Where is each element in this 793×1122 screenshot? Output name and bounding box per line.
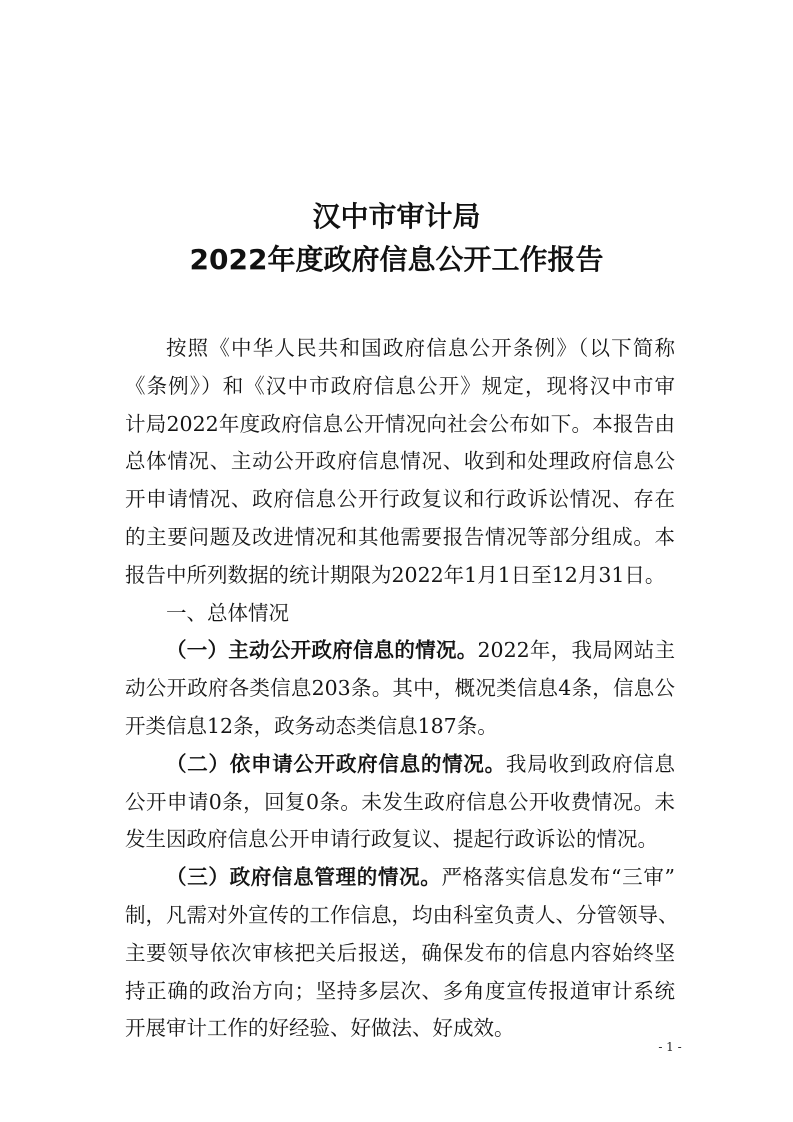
section-heading: 一、总体情况	[125, 595, 675, 633]
subsection3-line: 持正确的政治方向；坚持多层次、多角度宣传报道审计系统	[125, 973, 675, 1011]
document-page: 汉中市审计局 2022年度政府信息公开工作报告 按照《中华人民共和国政府信息公开…	[0, 0, 793, 1122]
subsection3-line: 主要领导依次审核把关后报送，确保发布的信息内容始终坚	[125, 935, 675, 973]
intro-line: 按照《中华人民共和国政府信息公开条例》（以下简称	[125, 330, 675, 368]
subsection2-line: 公开申请0条，回复0条。未发生政府信息公开收费情况。未	[125, 784, 675, 822]
subsection1-text: 2022年，我局网站主	[477, 638, 675, 662]
subsection1-heading: （一）主动公开政府信息的情况。	[166, 638, 477, 662]
subsection3-line: 制，凡需对外宣传的工作信息，均由科室负责人、分管领导、	[125, 897, 675, 935]
subsection2-text: 我局收到政府信息	[506, 752, 675, 776]
subsection1-first-line: （一）主动公开政府信息的情况。2022年，我局网站主	[125, 632, 675, 670]
document-body: 按照《中华人民共和国政府信息公开条例》（以下简称 《条例》）和《汉中市政府信息公…	[125, 330, 675, 1048]
subsection3-first-line: （三）政府信息管理的情况。严格落实信息发布“三审”	[125, 859, 675, 897]
subsection3-text: 严格落实信息发布“三审”	[441, 865, 675, 889]
subsection2-line: 发生因政府信息公开申请行政复议、提起行政诉讼的情况。	[125, 821, 675, 859]
subsection3-line: 开展审计工作的好经验、好做法、好成效。	[125, 1010, 675, 1048]
subsection3-heading: （三）政府信息管理的情况。	[166, 865, 441, 889]
intro-line: 报告中所列数据的统计期限为2022年1月1日至12月31日。	[125, 557, 675, 595]
intro-line: 总体情况、主动公开政府信息情况、收到和处理政府信息公	[125, 443, 675, 481]
subsection2-first-line: （二）依申请公开政府信息的情况。我局收到政府信息	[125, 746, 675, 784]
page-number: - 1 -	[650, 1040, 690, 1054]
subsection1-line: 开类信息12条，政务动态类信息187条。	[125, 708, 675, 746]
subsection2-heading: （二）依申请公开政府信息的情况。	[166, 752, 506, 776]
intro-line: 的主要问题及改进情况和其他需要报告情况等部分组成。本	[125, 519, 675, 557]
intro-line: 计局2022年度政府信息公开情况向社会公布如下。本报告由	[125, 406, 675, 444]
subsection1-line: 动公开政府各类信息203条。其中，概况类信息4条，信息公	[125, 670, 675, 708]
intro-line: 《条例》）和《汉中市政府信息公开》规定，现将汉中市审	[125, 368, 675, 406]
document-title-line2: 2022年度政府信息公开工作报告	[0, 243, 793, 277]
document-title-line1: 汉中市审计局	[0, 200, 793, 234]
intro-line: 开申请情况、政府信息公开行政复议和行政诉讼情况、存在	[125, 481, 675, 519]
